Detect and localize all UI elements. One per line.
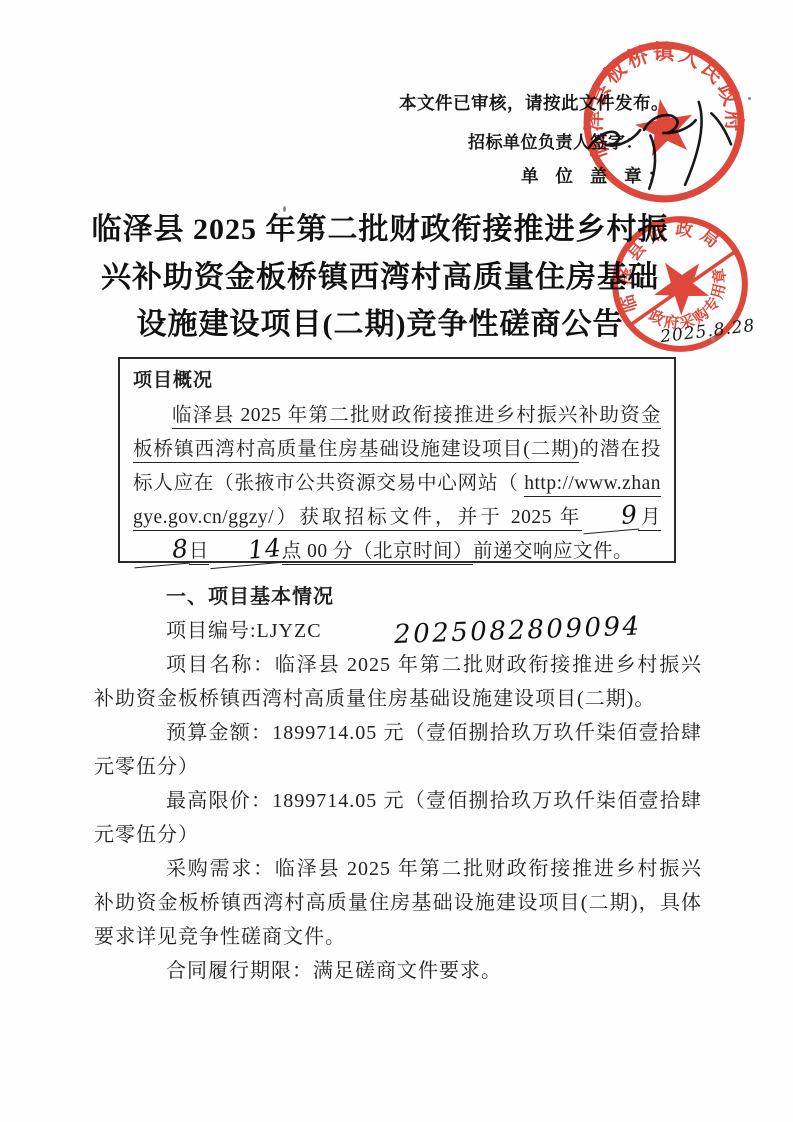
scan-speck bbox=[283, 206, 286, 212]
project-overview-box: 项目概况 临泽县 2025 年第二批财政衔接推进乡村振兴补助资金板桥镇西湾村高质… bbox=[118, 357, 676, 563]
scan-speck bbox=[748, 97, 751, 100]
body-text: 项目名称：临泽县 2025 年第二批财政衔接推进乡村振兴补助资金板桥镇西湾村高质… bbox=[94, 654, 702, 710]
handwritten-text: 2025082809094 bbox=[321, 613, 641, 650]
overview-paragraph: 临泽县 2025 年第二批财政衔接推进乡村振兴补助资金板桥镇西湾村高质量住房基础… bbox=[133, 399, 661, 569]
basic-info-section: 一、项目基本情况 项目编号:LJYZC2025082809094 项目名称：临泽… bbox=[94, 580, 702, 988]
handwritten-text: 8 bbox=[132, 536, 190, 569]
body-text: 项目编号:LJYZC bbox=[166, 620, 322, 642]
max-price-line: 最高限价：1899714.05 元（壹佰捌拾玖万玖仟柒佰壹拾肆元零伍分） bbox=[94, 784, 702, 852]
body-text: 合同履行期限：满足磋商文件要求。 bbox=[166, 960, 502, 982]
body-text: 月 bbox=[638, 507, 661, 531]
star-icon bbox=[632, 94, 698, 158]
body-text: 点 00 分（北京时间） bbox=[282, 541, 473, 565]
project-name-line: 项目名称：临泽县 2025 年第二批财政衔接推进乡村振兴补助资金板桥镇西湾村高质… bbox=[94, 648, 702, 716]
handwritten-text: 9 bbox=[582, 502, 640, 535]
body-text: 日 bbox=[189, 541, 209, 565]
town-government-stamp: 临泽县板桥镇人民政府 bbox=[564, 22, 763, 221]
body-text: 采购需求：临泽县 2025 年第二批财政衔接推进乡村振兴补助资金板桥镇西湾村高质… bbox=[94, 858, 702, 948]
budget-amount-line: 预算金额：1899714.05 元（壹佰捌拾玖万玖仟柒佰壹拾肆元零伍分） bbox=[94, 716, 702, 784]
scanned-document-page: 本文件已审核，请按此文件发布。 招标单位负责人签字： 单 位 盖 章： 临泽县板… bbox=[0, 0, 793, 1122]
body-text: 预算金额：1899714.05 元（壹佰捌拾玖万玖仟柒佰壹拾肆元零伍分） bbox=[94, 722, 702, 778]
body-text: 前递交响应文件。 bbox=[473, 541, 633, 562]
handwritten-text: 14 bbox=[208, 535, 283, 569]
body-text: 最高限价：1899714.05 元（壹佰捌拾玖万玖仟柒佰壹拾肆元零伍分） bbox=[94, 790, 702, 846]
contract-term-line: 合同履行期限：满足磋商文件要求。 bbox=[94, 954, 702, 988]
scan-speck bbox=[711, 337, 715, 341]
procurement-need-line: 采购需求：临泽县 2025 年第二批财政衔接推进乡村振兴补助资金板桥镇西湾村高质… bbox=[94, 852, 702, 954]
section-heading: 一、项目基本情况 bbox=[94, 580, 702, 614]
overview-heading: 项目概况 bbox=[133, 367, 661, 395]
project-number-line: 项目编号:LJYZC2025082809094 bbox=[94, 614, 702, 648]
